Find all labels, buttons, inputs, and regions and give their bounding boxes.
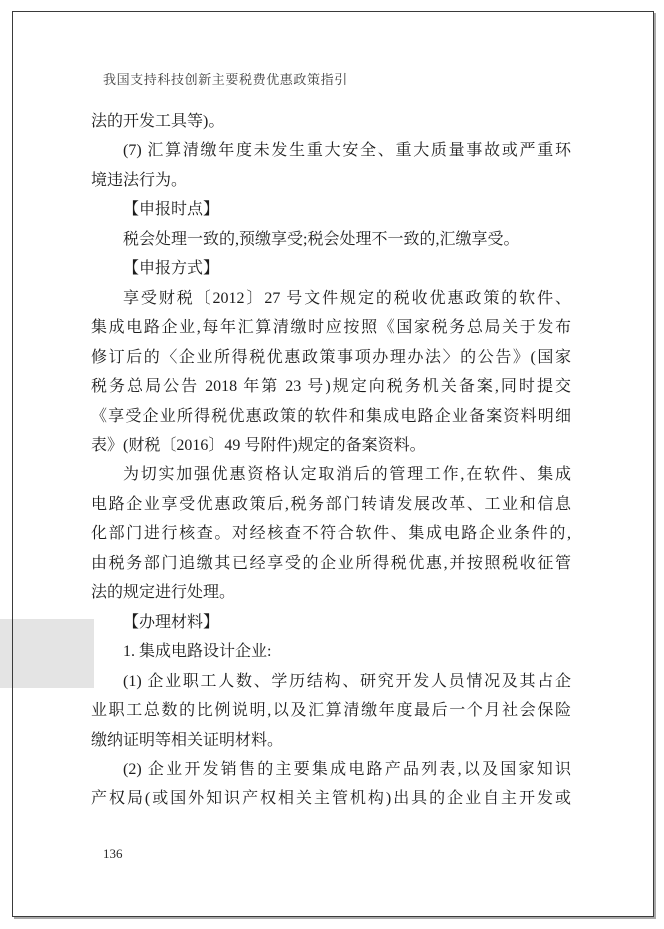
text-line: (2) 企业开发销售的主要集成电路产品列表,以及国家知识: [91, 755, 571, 784]
text-line: 【办理材料】: [91, 608, 571, 637]
running-header: 我国支持科技创新主要税费优惠政策指引: [103, 72, 348, 88]
left-margin-highlight: [0, 619, 94, 688]
text-line: 【申报方式】: [91, 254, 571, 283]
text-line: 化部门进行核查。对经核查不符合软件、集成电路企业条件的,: [91, 519, 571, 548]
text-line: 电路企业享受优惠政策后,税务部门转请发展改革、工业和信息: [91, 490, 571, 519]
text-line: 缴纳证明等相关证明材料。: [91, 726, 571, 755]
text-line: 由税务部门追缴其已经享受的企业所得税优惠,并按照税收征管: [91, 549, 571, 578]
text-line: 税务总局公告 2018 年第 23 号)规定向税务机关备案,同时提交: [91, 372, 571, 401]
text-line: 修订后的〈企业所得税优惠政策事项办理办法〉的公告》(国家: [91, 343, 571, 372]
text-line: 《享受企业所得税优惠政策的软件和集成电路企业备案资料明细: [91, 402, 571, 431]
text-line: 【申报时点】: [91, 195, 571, 224]
page-number: 136: [103, 846, 123, 862]
text-line: 境违法行为。: [91, 166, 571, 195]
text-line: 法的开发工具等)。: [91, 107, 571, 136]
text-line: 法的规定进行处理。: [91, 578, 571, 607]
text-line: 1. 集成电路设计企业:: [91, 637, 571, 666]
text-line: 业职工总数的比例说明,以及汇算清缴年度最后一个月社会保险: [91, 696, 571, 725]
text-line: 产权局(或国外知识产权相关主管机构)出具的企业自主开发或: [91, 784, 571, 813]
text-line: 集成电路企业,每年汇算清缴时应按照《国家税务总局关于发布: [91, 313, 571, 342]
body-text-block: 法的开发工具等)。 (7) 汇算清缴年度未发生重大安全、重大质量事故或严重环 境…: [91, 107, 571, 814]
text-line: 税会处理一致的,预缴享受;税会处理不一致的,汇缴享受。: [91, 225, 571, 254]
text-line: 为切实加强优惠资格认定取消后的管理工作,在软件、集成: [91, 460, 571, 489]
text-line: (7) 汇算清缴年度未发生重大安全、重大质量事故或严重环: [91, 136, 571, 165]
text-line: 享受财税〔2012〕27 号文件规定的税收优惠政策的软件、: [91, 284, 571, 313]
document-page: 我国支持科技创新主要税费优惠政策指引 法的开发工具等)。 (7) 汇算清缴年度未…: [0, 0, 664, 929]
text-line: (1) 企业职工人数、学历结构、研究开发人员情况及其占企: [91, 667, 571, 696]
text-line: 表》(财税〔2016〕49 号附件)规定的备案资料。: [91, 431, 571, 460]
